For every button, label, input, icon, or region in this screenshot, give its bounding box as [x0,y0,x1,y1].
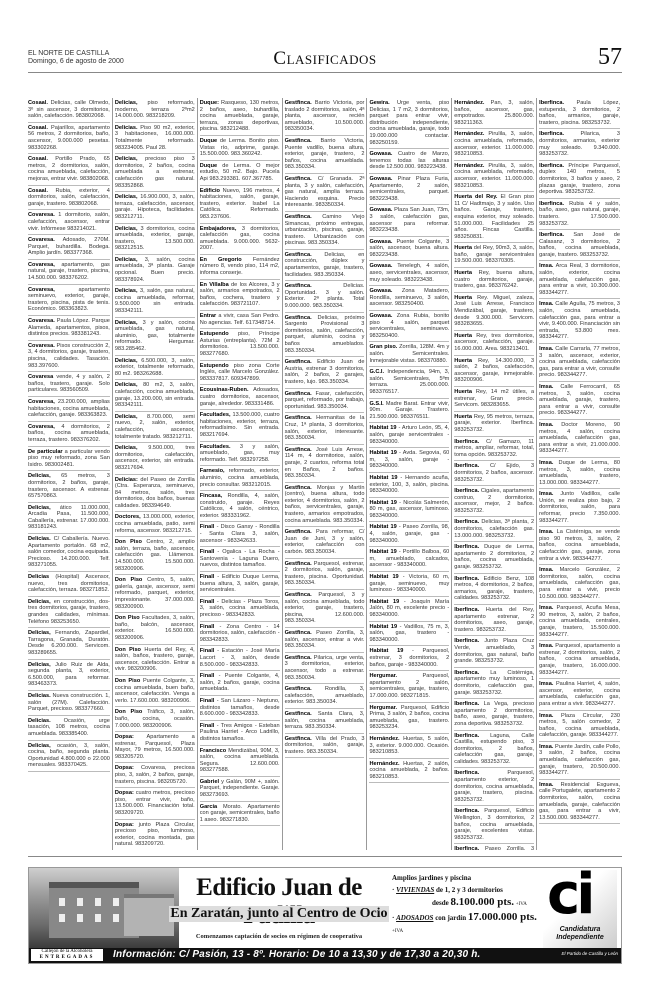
ad-feature-line: Amplios jardines y piscina [392,872,542,884]
entry-keyword: Cosaal. [28,100,48,106]
classified-entry: Imsa. Doctor Moreno, 90 metros, 4 salón,… [539,420,620,458]
ad-location-box: Callejón de la Alcoholera ENTREGADAS [31,949,103,961]
classified-entry: Iberfinca. La Cistérniga, apartamento mu… [454,668,534,699]
classified-entry: Hernández. Pirulila, 3, salón, cocina am… [454,129,534,160]
classified-entry: Delicias, 16.900.000, 3, salón, terraza,… [115,192,195,223]
section-title: Clasificados [28,48,622,70]
entry-keyword: Imsa. [539,460,553,466]
entry-keyword: Gestfinca. [285,415,312,421]
entry-keyword: G.C.I. [369,369,384,375]
viviendas-label: VIVIENDAS [396,886,434,894]
classified-entry: Don Piso Huerta del Rey, 4, salón, baños… [115,645,195,676]
classified-entry: Gestfinca. Santa Clara, 3, salón, cocina… [285,709,365,734]
adosados-label: ADOSADOS [396,914,433,922]
entry-keyword: Gestfinca. [285,138,312,144]
classified-entry: Cosaal. Portillo Prado, 65 metros, 2 dor… [28,154,110,185]
entry-keyword: Hernández. [454,131,484,137]
entry-keyword: Hernández. [369,761,399,767]
entry-keyword: Covaresa, [28,262,55,268]
entry-keyword: Iberfinca. [539,232,564,238]
classified-entry: Huerta Rey, tres dormitorios, ascensor, … [454,331,534,356]
classified-entry: Habitat 19 - Victoria, 60 m, garaje, sem… [369,572,449,597]
entry-keyword: Facultades, [200,412,231,418]
ad-note: Comenzamos captación de socios en régime… [169,933,389,940]
entry-keyword: Iberfinca. [539,131,564,137]
entry-keyword: Covaresa. [28,343,55,349]
classified-entry: Don Piso Facultades, 3, salón, baño, bal… [115,613,195,644]
entry-keyword: Finall [200,723,215,729]
entry-keyword: Iberfinca. [454,488,479,494]
classified-entry: Finall - Disco Gansy - Rondilla - Santa … [200,522,280,547]
entry-keyword: Delicias, [115,445,138,451]
classified-entry: Hernández. Huertas, 2 salón, cocina amue… [369,759,449,784]
classified-entry: Hernández. Pan, 3, salón, baños, ascenso… [454,98,534,129]
ad-info-bar: Callejón de la Alcoholera ENTREGADAS Inf… [29,948,621,963]
classified-entry: Imsa. Arca Real, 3 dormitorios, salón, e… [539,261,620,299]
classified-entry: De particular a particular vendo piso mu… [28,447,110,472]
classified-entry: Iberfinca. Junto Plaza Cruz Verde, amueb… [454,636,534,667]
classified-entry: Entrar a vivir, casa San Pedro. No agenc… [200,311,280,329]
entry-keyword: Delicias, [115,194,138,200]
entry-keyword: Delicias, [28,743,51,749]
classified-entry: Iberfinca. Príncipe Parquesol, duplex 14… [539,161,620,199]
classified-entry: Imsa. Junto Vadillos, calle Unión, se re… [539,489,620,527]
adosados-price: 17.000.000 pts. [468,911,537,923]
classified-entry: Finall - Estación - José María Lacort - … [200,646,280,671]
window-shape [77,914,83,922]
classified-entry: Gestfinca. Fasar, calefacción, parquet, … [285,389,365,414]
ad-adosados-line: · ADOSADOS con jardín 17.000.000 pts. +I… [392,911,542,938]
ad-viviendas-price-line: desde 8.100.000 pts. +IVA [392,896,542,911]
classified-entry: Imsa. Paulina Harriet, 4, salón, ascenso… [539,679,620,710]
classified-entry: Delicias, 8.700.000, semi nuevo, 2, saló… [115,412,195,443]
classified-entry: Delicias, ático 11.000.000, Arcadia Pasa… [28,503,110,534]
classified-entry: En Gregorio Fernández número 8, vendo pi… [200,255,280,280]
classified-entry: Dopsa: Covaresa, preciosa piso, 3, salón… [115,763,195,788]
entry-keyword: Delicias, [115,414,138,420]
candidatura-independiente-logo: ci Candidatura Independiente [543,870,617,948]
entry-keyword: Gestfinca. [285,447,312,453]
entry-keyword: Don Piso [115,678,140,684]
entry-keyword: G.S.I. [369,401,383,407]
entry-keyword: Don Piso [115,577,143,583]
classified-entry: Don Piso Tráfico, 3, salón, baño, cocina… [115,707,195,732]
entry-keyword: Francisco [200,748,226,754]
entry-keyword: Delicias, [115,382,138,388]
entry-keyword: Iberfinca. [539,201,564,207]
window-shape [77,898,83,906]
classified-entry: Huerta Rey, 14.300.000, 3 salón, 2 baños… [454,356,534,387]
classified-column-4: Gestfinca. Barrio Victoria, por traslado… [283,98,368,850]
classified-entry: Huerta Rey, buena altura, cuatro dormito… [454,268,534,293]
entry-keyword: Gran piso. [369,344,397,350]
classified-entry: Delicias, 6.500.000, 3, salón, exterior,… [115,356,195,381]
entry-keyword: Gestfinca. [285,711,312,717]
classified-entry: Habitat 19 - Parquesol, estrenar, 3 dorm… [369,646,449,671]
entry-keyword: Iberfinca. [454,770,479,776]
classified-entry: Finall - Edificio Duque Lerma, buena alt… [200,572,280,597]
classified-entry: Finall - Puente Colgante, 4, salón, 2 ba… [200,671,280,696]
classified-entry: Iberfinca. C/ Gamazo, 11 metros, ampliar… [454,437,534,462]
classified-entry: Dopsa: cuatro metros, precioso piso, ent… [115,788,195,819]
classified-entry: Gowasa. Cuatro de Marzo, tenemos todas l… [369,149,449,174]
classified-entry: Cosaal. Pajarillos, apartamento 56 metro… [28,123,110,154]
logo-letters: ci [547,867,591,927]
classified-entry: Habitat 19 - Vadillos, 75 m, 3, salón, g… [369,622,449,647]
classified-entry: Finall - Tres Amigos - Esteban Paulina H… [200,721,280,746]
classified-entry: Gestfinca. Barrio Victoria, por traslado… [285,98,365,136]
classified-entry: Dopsa: junto Plaza Circular, precioso pi… [115,820,195,850]
entry-text: Delicias, próximo Sargento Provisional 3… [285,315,365,354]
entry-keyword: Covaresa. [28,318,55,324]
classified-entry: Delicias. Piso 90 m2, exterior, 3 habita… [115,123,195,154]
classified-entry: Huerta del Rey. El Gran piso 11 C/ Hadtm… [454,192,534,243]
entry-keyword: Gabriel [200,779,219,785]
entry-keyword: Don Piso [115,615,140,621]
entry-keyword: Dopsa: [115,734,134,740]
classified-entry: Iberfinca. Parquesol, apartamento exteri… [454,768,534,806]
entry-keyword: Dopsa: [115,765,134,771]
classified-entry: Gestfinca. Hermanitas de la Cruz, 1ª pla… [285,413,365,444]
entry-keyword: Delicias [28,574,49,580]
classified-entry: Covaresa, apartamento, gas natural, gara… [28,260,110,285]
entry-keyword: Entrar [200,313,216,319]
entry-keyword: Cosaal. [28,156,48,162]
entry-keyword: Facultades. [200,444,231,450]
entry-keyword: Huerta [454,270,472,276]
entry-keyword: Iberfinca. [454,544,479,550]
classified-entry: Covaresa vende, 4 y salón, 2 baños, tras… [28,372,110,397]
entry-keyword: Imsa. [539,713,553,719]
entry-keyword: Covaresa [28,374,53,380]
entry-keyword: Gestfinca. [285,214,312,220]
classified-entry: Imsa. Calle Ferrocarril, 65 metros, 3, s… [539,382,620,420]
entry-keyword: Delicias, [28,599,51,605]
classified-entry: Iberfinca. Duque de Lerma, apartamento 2… [454,542,534,573]
classified-entry: Facultades, 13.500.000, cuatro habitacio… [200,410,280,441]
classified-entry: Imsa. Parquesol, Acuña Mesa, 90 metros, … [539,603,620,641]
entry-keyword: Iberfinca. [454,439,479,445]
entry-keyword: Habitat 19 [369,450,396,456]
entry-keyword: Delicias, [28,662,51,668]
classified-entry: Gestfinca. José Luis Arrese, 114 m, 4 do… [285,445,365,483]
entry-keyword: Gowasa. [369,176,392,182]
classified-entry: Covaresa. 1 dormitorio, salón, calefacci… [28,210,110,235]
classified-entry: Delicias, ocasión, 3, salón, cocina, bañ… [28,741,110,772]
viviendas-price: 8.100.000 pts. [450,896,514,908]
classified-entry: Finall - San Lázaro - Neptuno, distintos… [200,696,280,721]
entry-keyword: Delicias, [115,156,138,162]
entry-keyword: Huerta [454,414,472,420]
ad-info-text: Información: C/ Pasión, 13 - 8º. Horario… [113,949,481,960]
entry-keyword: Cosaal. [28,188,48,194]
window-shape [59,914,65,922]
entry-keyword: Gowasa. [369,288,392,294]
classified-entry: Hergumar. Parquesol, Edificio Prima, 3 s… [369,703,449,734]
entry-keyword: Imsa. [539,384,553,390]
classified-entry: Don Piso Puente Colgante, 3, cocina amue… [115,676,195,707]
entry-keyword: Imsa. [539,422,553,428]
classified-entry: Finall - Zona Centro - 14 dormitorios, s… [200,622,280,647]
ad-tagline: El Partido de Castilla y León [561,951,618,956]
entry-keyword: Gowasa. [369,151,392,157]
classified-column-3: Duque: Rasqueso, 130 metros, 2 baños, as… [198,98,283,850]
window-shape [113,898,119,906]
classified-entry: Finall - Delicias - Plaza Toros, 3, saló… [200,597,280,622]
building-shape-secondary [124,894,174,936]
classified-entry: Habitat 19 - Portillo Balboa, 60 m, amue… [369,547,449,572]
entry-keyword: Delicias, [28,473,51,479]
entry-text: Urge venta, piso Delicias, 1 7 m2, 3 dor… [369,100,449,146]
classified-entry: Gabriel y Galán, 90M +, salón. Parquet, … [200,777,280,802]
viviendas-tax: +IVA [516,902,527,907]
classified-entry: Gestfinca. Barrio Victoria, Puente vadil… [285,136,365,174]
classified-entry: Habitat 19 - Arturo León, 95, 4, salón, … [369,423,449,448]
entry-keyword: Imsa. [539,681,553,687]
entry-keyword: Gestfinca. [285,592,312,598]
entry-keyword: Huerta [454,295,472,301]
entry-keyword: Iberfinca. [539,163,564,169]
classified-column-5: Gewira. Urge venta, piso Delicias, 1 7 m… [367,98,452,850]
entry-keyword: Iberfinca. [454,670,479,676]
classified-entry: Gestfinca. Pilarica, urge venta, 3 dormi… [285,653,365,684]
classified-entry: Iberfinca. Edificio Benz, 108 metros, 4 … [454,574,534,605]
classified-entry: Delicias, Fernando, Zapardiel, Tarragona… [28,628,110,659]
entry-keyword: Iberfinca. [454,808,479,814]
classified-entry: Estupendo piso zona Corte Inglés, calle … [200,361,280,386]
entry-keyword: Imsa. [539,263,553,269]
entry-keyword: Habitat 19 [369,648,403,654]
classified-entry: Imsa. Calle Carrarla, 77 metros, 3 salón… [539,344,620,382]
entry-keyword: Gowasa. [369,263,392,269]
entry-keyword: Gowasa. [369,313,392,319]
classified-entry: Covaresa. Pisos construcción 2, 3, 4 dor… [28,341,110,372]
entry-keyword: Edificio [200,188,220,194]
classified-entry: Covaresa, 4 dormitorios, 2 baños, cocina… [28,422,110,447]
classified-entry: Covaresa, apartamento seminuevo, exterio… [28,285,110,316]
classified-entry: Delicias. C/ Caballería. Nuevo. Apartame… [28,534,110,572]
entry-keyword: Imsa. [539,605,553,611]
entry-keyword: Huerta [454,333,472,339]
classified-entry: Habitat 19 - Nicolás Salmerón, 80 m, gas… [369,498,449,523]
classified-entry: Huerta del Rey, 90m3, 3, salón, baño, ga… [454,243,534,268]
entry-text: Residencial Esgueva, calle Portugalete, … [539,782,620,821]
classified-entry: Gowasa. Tenelegh, 4 salón, aseo, service… [369,261,449,286]
entry-keyword: Delicias, [115,100,138,106]
entry-keyword: Covaresa. [28,237,55,243]
entry-keyword: Delicias, [115,257,138,263]
classified-entry: Don Piso Centro, 2, amplio salón, terraz… [115,537,195,575]
classified-entry: Delicias, precioso piso 3 dormitorios, 2… [115,154,195,192]
entry-keyword: Iberfinca. [454,519,479,525]
classified-entry: Delicias: del Paseo de Zorrilla (Ctra. E… [115,475,195,513]
classified-entry: Iberfinca. Pilarica, 3 dormitorios, arma… [539,129,620,160]
entry-keyword: Habitat 19 [369,624,397,630]
entry-keyword: Gestfinca. [285,529,312,535]
entry-keyword: Delicias. [28,693,51,699]
classified-entry: Doctores, 13.000.000, exterior, cocina a… [115,512,195,537]
classified-entry: Gestfinca. Delicias, próximo Sargento Pr… [285,313,365,358]
classified-entry: Habitat 19 - Paseo Zorrilla, 98, 4, saló… [369,522,449,547]
classified-entry: Gowasa. Puente Colgante, 3 salón, ascens… [369,237,449,262]
entry-keyword: Finall [200,648,215,654]
entry-keyword: Hernández. [369,736,399,742]
classified-entry: Duque de Lerma. O mejor estudio, 50 m2. … [200,161,280,186]
classified-entry: Delicias, en construcción, dos-tres dorm… [28,597,110,628]
entry-keyword: Gowasa. [369,239,392,245]
window-shape [113,914,119,922]
entry-keyword: Delicias, [115,288,138,294]
classified-entry: Duque de Lerma. Bonito piso. Vistas río,… [200,136,280,161]
entry-text: Calle Agulla, 75 metros, 3 salón, cocina… [539,301,620,340]
classified-entry: Hernández. Huertas, 5 salón, 3, exterior… [369,734,449,759]
classified-entry: Gestfinca. Para reformar, C/ Juan de Jun… [285,527,365,558]
classified-entry: Gowasa. Zona Matadero, Rondilla, seminue… [369,286,449,311]
classified-entry: Iberfinca. La Vega, precioso apartamento… [454,699,534,730]
classified-entry: Gestfinca. Delicias. Oportunidad. 3 y sa… [285,281,365,312]
classified-entry: Covaresa, 23.200.000, amplias habitacion… [28,397,110,422]
entry-keyword: Habitat 19 [369,599,399,605]
entry-keyword: Gestfinca. [285,391,312,397]
columns-bottom-rule [28,856,622,857]
classified-entry: Facultades. 3 y salón, amueblado, gas, m… [200,442,280,467]
classified-entry: Gowasa. Pinar Plaza Furia, Apartamento, … [369,174,449,205]
entry-keyword: Ecousinas-Ruben. [200,387,249,393]
classified-entry: G.C.I. Independencia, 94m, 3, salón. Sem… [369,367,449,398]
classified-entry: Delicias, 65 metros, 3 dormitorios, 2 ba… [28,471,110,502]
classified-entry: Covaresa. Adosado, 270M. Parquet, buhard… [28,235,110,260]
entry-keyword: Covaresa, [28,287,55,293]
entry-keyword: Gestfinca. [285,736,312,742]
entry-keyword: Huerta [454,245,472,251]
window-shape [95,914,101,922]
entry-keyword: Finall [200,549,215,555]
advertisement-banner: Edificio Juan de Padilla En Zaratán, jun… [28,867,622,964]
page-header: EL NORTE DE CASTILLA Domingo, 6 de agost… [28,48,622,73]
classified-entry: Imsa. Marcelo González, 2 dormitorios, s… [539,565,620,603]
entry-keyword: Finall [200,698,215,704]
classified-entry: Delicias, piso reformado, moderno, terra… [115,98,195,123]
viviendas-price-prefix: desde [432,899,449,907]
entry-keyword: Duque [200,163,217,169]
entry-keyword: Iberfinca. [454,638,479,644]
entry-keyword: Finall [200,524,215,530]
classified-entry: Hergumar. Parquesol, apartamento 2 salón… [369,671,449,702]
entry-keyword: Duque [200,138,217,144]
classified-entry: Iberfinca. C/ Ejido, 3 dormitorios, 2 ba… [454,461,534,486]
entry-keyword: Imsa. [539,301,553,307]
classified-entry: Gewira. Urge venta, piso Delicias, 1 7 m… [369,98,449,149]
entry-keyword: Delicias. [115,125,138,131]
entry-keyword: Hernández. [454,163,484,169]
window-shape [95,898,101,906]
adosados-tax: +IVA [392,929,403,934]
classified-entry: Imsa. Calle Agulla, 75 metros, 3 salón, … [539,299,620,344]
classified-entry: Don Piso Centro, 5, salón, galería, gara… [115,575,195,613]
classified-entry: Imsa. Parquesol, apartamento a estrenar,… [539,641,620,679]
classified-entry: Iberfinca. Parquesol, Edificio Wellingto… [454,806,534,844]
entry-keyword: Iberfinca. [454,733,479,739]
entry-keyword: Gewira. [369,100,389,106]
entry-keyword: Gestfinca. [285,100,312,106]
entry-keyword: Habitat 19 [369,475,397,481]
entry-keyword: Gowasa. [369,207,392,213]
viviendas-text: de 1, 2 y 3 dormitorios [436,886,503,894]
classified-entry: Delicias. Ocasión, urge tasación, 108 me… [28,716,110,741]
classified-column-6: Hernández. Pan, 3, salón, baños, ascenso… [452,98,537,850]
logo-caption: Candidatura Independiente [543,926,617,942]
classified-column-2: Delicias, piso reformado, moderno, terra… [113,98,198,850]
entry-keyword: Delicias: [115,477,138,483]
entry-keyword: Iberfinca. [454,846,479,850]
classified-entry: Habitat 19 - Avda. Segovia, 60 m, 3, sal… [369,448,449,473]
classified-entry: Iberfinca. Rubia 4 y salón, baño, aseo, … [539,199,620,230]
entry-keyword: Gestfinca. [285,283,312,289]
entry-keyword: Covaresa. [28,212,55,218]
entry-keyword: Gestfinca. [285,176,312,182]
ad-viviendas-line: · VIVIENDAS de 1, 2 y 3 dormitorios [392,884,542,896]
entry-keyword: Farnesio, [200,468,225,474]
classified-entry: Estupendo piso, Príncipe Asturias (entre… [200,329,280,360]
entry-keyword: Delicias, [28,630,51,636]
entry-keyword: De particular [28,449,63,455]
classified-entry: Delicias, Julio Ruiz de Alda, segunda pl… [28,660,110,691]
classified-entry: Iberfinca. Paseo Zorrilla, 3 dormitorios… [454,844,534,850]
classified-entry: Iberfinca. Cigales, apartamento contruo,… [454,486,534,517]
entry-keyword: En Villalba [200,282,229,288]
classified-column-7: Iberfinca. Paula López, estupenda, 3 dor… [537,98,622,850]
entry-keyword: Estupendo [200,331,229,337]
building-photo [29,868,179,948]
location-status: ENTREGADAS [31,955,103,961]
ad-subtitle: En Zaratán, junto al Centro de Ocio [169,906,389,922]
entry-keyword: Don Piso [115,709,143,715]
classified-entry: Delicias, 3, salón, gas natural, cocina … [115,286,195,317]
entry-keyword: Gestfinca. [285,485,312,491]
classified-entry: Gestfinca. Villa del Prado, 3 dormitorio… [285,734,365,759]
entry-keyword: Iberfinca. [539,100,564,106]
entry-keyword: Iberfinca. [454,576,479,582]
classified-entry: Delicias, 9.500.000, tres dormitorios, c… [115,443,195,474]
entry-keyword: Habitat 19 [369,574,398,580]
entry-keyword: Habitat 19 [369,425,396,431]
entry-keyword: Dopsa: [115,790,134,796]
entry-keyword: Iberfinca. [454,701,479,707]
entry-keyword: Delicias, [115,320,138,326]
classified-entry: Imsa. Plaza Circular, 230 metros, 5, sal… [539,711,620,742]
entry-text: El Gran piso 11 C/ Hadtmajo, 3 y salón. … [454,194,534,240]
classified-entry: Delicias. Nueva construcción. 1, salón (… [28,691,110,716]
classified-entry: En Villalba de los Alcores, 3 y salón, a… [200,280,280,311]
classified-entry: Delicias (Hospital) Ascensor, nuevo, tre… [28,572,110,597]
page-number: 57 [598,44,622,71]
entry-text: Monjas y Martín (centro), buena altura, … [285,485,365,524]
classified-entry: Farnesio, reformado, exterior, aluminio,… [200,466,280,491]
classified-entry: Gestfinca. Camino Viejo Simancas, próxim… [285,212,365,250]
entry-keyword: Delicias, [28,505,51,511]
adosados-text: con jardín [435,914,466,922]
entry-keyword: Covaresa, [28,399,55,405]
entry-keyword: Finall [200,624,215,630]
classified-entry: Gestfinca. Parquesol, 3 y salón, cocina … [285,590,365,628]
classified-entry: Cosaal. Rubia, exterior, 4 dormitorios, … [28,186,110,211]
entry-keyword: Imsa. [539,346,553,352]
classified-entry: Gestfinca. Rondilla, 3, calefacción, amu… [285,684,365,709]
entry-keyword: Gestfinca. [285,655,312,661]
classified-entry: Imsa. Residencial Esgueva, calle Portuga… [539,780,620,825]
entry-keyword: Imsa. [539,643,553,649]
entry-keyword: Gestfinca. [285,315,312,321]
